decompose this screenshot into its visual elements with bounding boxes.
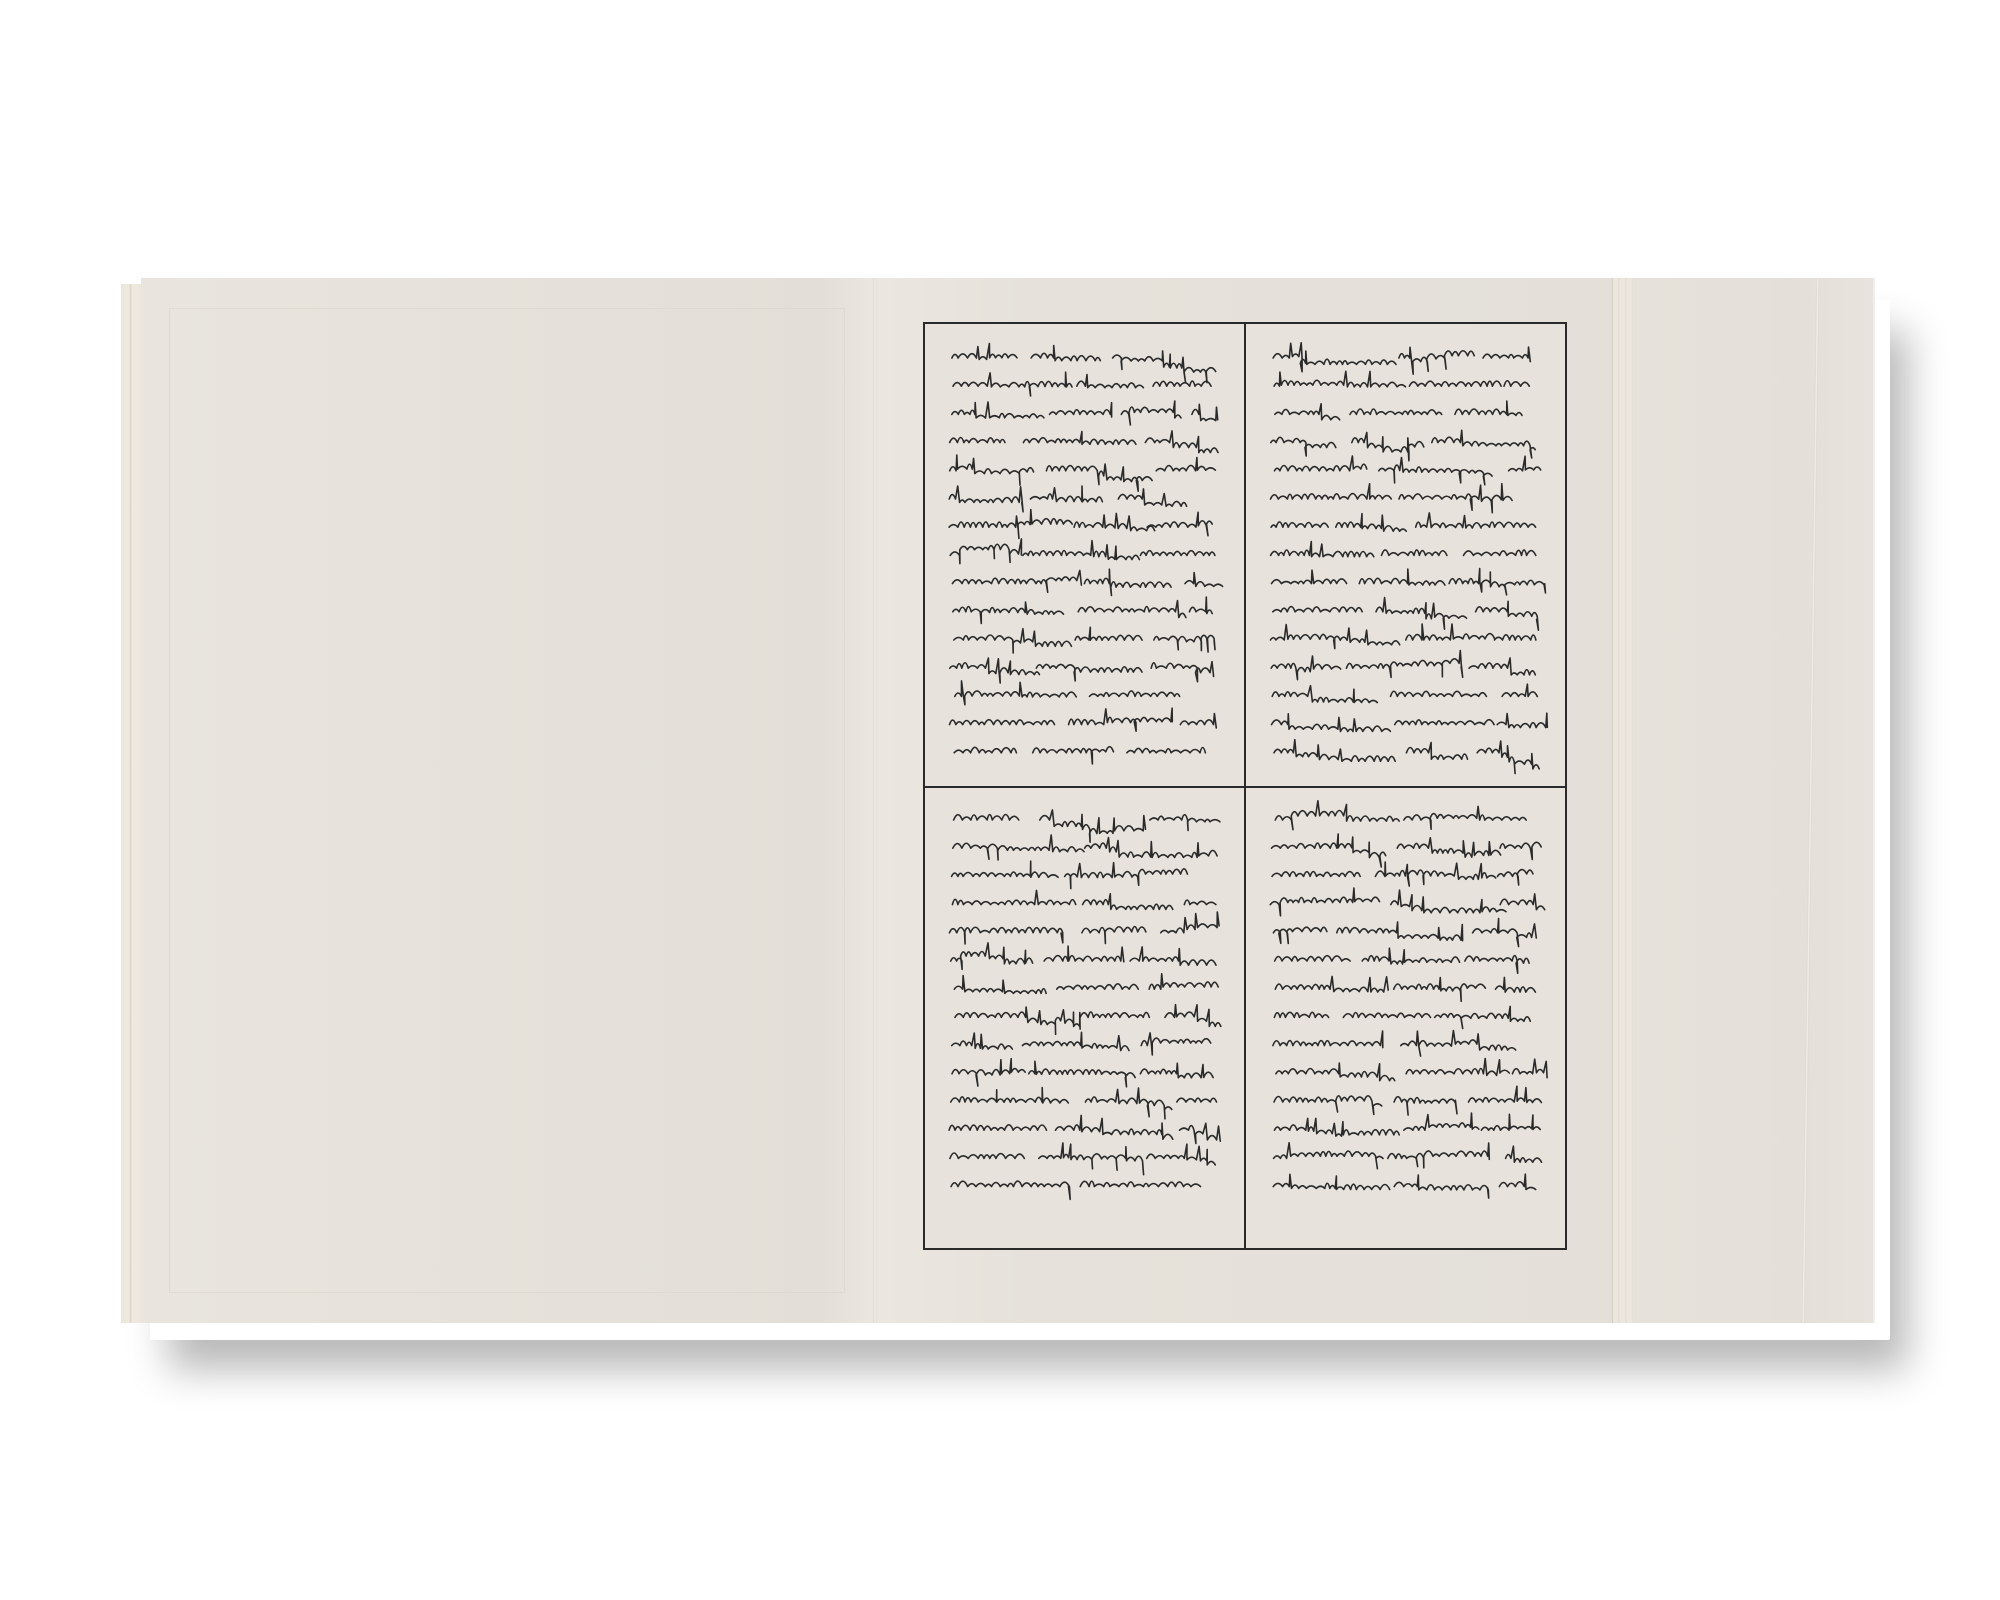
scribble-word xyxy=(953,372,1072,396)
scribble-word xyxy=(1394,1175,1489,1198)
scribble-word xyxy=(949,509,1072,538)
right-page-stack xyxy=(1612,278,1635,1323)
scribble-word xyxy=(953,835,1084,860)
scribble-word xyxy=(950,438,1005,443)
scribble-word xyxy=(952,1033,1013,1049)
scribble-word xyxy=(1113,351,1216,383)
scribble-word xyxy=(1376,598,1467,630)
scribble-word xyxy=(1382,550,1447,556)
scribble-word xyxy=(1161,912,1219,933)
scribble-word xyxy=(1036,664,1142,681)
show-through-margin xyxy=(169,308,845,1293)
scribble-word xyxy=(1083,894,1173,910)
scribble-word xyxy=(952,890,1075,904)
scribble-word xyxy=(1270,888,1379,916)
scribble-word xyxy=(1184,900,1216,905)
scribble-word xyxy=(950,539,1021,564)
scribble-word xyxy=(1506,1146,1542,1162)
scribble-word xyxy=(1346,651,1462,678)
scribble-word xyxy=(1033,747,1114,764)
scribble-word xyxy=(1271,437,1336,456)
scribble-word xyxy=(1185,573,1223,587)
flap-edge xyxy=(1873,278,1875,1323)
scribble-word xyxy=(1165,1005,1221,1027)
scribble-word xyxy=(1147,512,1212,535)
scribble-word xyxy=(1509,456,1541,471)
scribble-word xyxy=(1031,346,1100,361)
scribble-word xyxy=(1044,946,1124,962)
scribble-word xyxy=(1504,381,1529,386)
grid-cell-top-left: [illegible asemic handwriting] xyxy=(935,334,1235,779)
scribble-word xyxy=(1272,834,1386,867)
scribble-word xyxy=(1406,743,1467,760)
scribble-word xyxy=(1082,927,1146,944)
scribble-word xyxy=(1336,514,1407,532)
scribble-word xyxy=(954,815,1019,821)
scribble-word xyxy=(1273,1174,1390,1189)
scribble-word xyxy=(1273,1031,1383,1048)
scribble-word xyxy=(1496,977,1536,992)
scribble-word xyxy=(1029,1061,1136,1087)
scribble-word xyxy=(1394,978,1486,1002)
scribble-word xyxy=(1272,570,1347,583)
scribble-word xyxy=(1394,1097,1457,1115)
scribble-word xyxy=(1056,1115,1173,1139)
scribble-word xyxy=(1272,872,1360,877)
scribble-word xyxy=(1397,838,1500,857)
left-page xyxy=(141,278,873,1323)
scribble-word xyxy=(1495,635,1536,640)
scribble-word xyxy=(1084,569,1171,595)
scribble-word xyxy=(1156,458,1215,471)
scribble-word xyxy=(949,927,1062,944)
scribble-word xyxy=(1350,409,1442,414)
scribble-word xyxy=(1399,484,1512,513)
scribble-word xyxy=(1273,343,1396,372)
scribble-word xyxy=(1050,403,1112,417)
scribble-word xyxy=(1404,806,1526,829)
scribble-word xyxy=(1154,635,1215,652)
scribble-word xyxy=(1192,404,1218,420)
scribble-word xyxy=(1078,601,1186,618)
scribble-word xyxy=(1057,984,1139,989)
scribble-word xyxy=(1273,927,1327,943)
scribble-word xyxy=(1140,551,1215,556)
handwriting-lines xyxy=(935,796,1235,1213)
open-book: [illegible asemic handwriting] [illegibl… xyxy=(121,278,1875,1323)
scribble-word xyxy=(1180,714,1216,729)
scribble-word xyxy=(950,1153,1024,1158)
scribble-word xyxy=(1499,1174,1535,1189)
scribble-word xyxy=(1337,922,1463,941)
scribble-word xyxy=(1065,863,1188,889)
handwriting-grid: [illegible asemic handwriting] [illegibl… xyxy=(923,322,1567,1250)
scribble-word xyxy=(1271,484,1392,499)
scribble-word xyxy=(951,943,1033,969)
scribble-word xyxy=(1274,371,1405,387)
scribble-word xyxy=(1127,748,1206,753)
scribble-word xyxy=(1343,1013,1430,1018)
scribble-word xyxy=(1069,708,1173,731)
scribble-word xyxy=(1464,550,1536,555)
scribble-word xyxy=(1449,569,1545,595)
grid-cell-bottom-right: [illegible asemic handwriting] xyxy=(1256,796,1556,1236)
scribble-word xyxy=(952,344,1017,360)
scribble-word xyxy=(952,1059,1025,1086)
scribble-word xyxy=(1465,956,1529,974)
scribble-word xyxy=(1151,662,1213,682)
scribble-word xyxy=(1023,541,1140,560)
scribble-word xyxy=(1121,401,1181,425)
scribble-word xyxy=(1275,456,1367,471)
scribble-word xyxy=(1271,522,1328,527)
scribble-word xyxy=(1271,656,1341,680)
scribble-word xyxy=(1359,569,1445,585)
scribble-word xyxy=(1391,890,1506,913)
grid-cell-bottom-left: [illegible asemic handwriting] xyxy=(935,796,1235,1236)
scribble-word xyxy=(949,1125,1046,1130)
scribble-word xyxy=(1395,720,1494,725)
scribble-word xyxy=(1189,597,1212,614)
scribble-word xyxy=(1274,1096,1382,1115)
scribble-word xyxy=(1074,513,1155,530)
scribble-word xyxy=(1500,894,1545,910)
flap-fold-line xyxy=(1802,278,1820,1323)
scribble-word xyxy=(953,602,1064,623)
scribble-word xyxy=(1404,1113,1479,1130)
scribble-word xyxy=(1153,381,1211,386)
scribble-word xyxy=(1080,1012,1149,1017)
scribble-word xyxy=(952,861,1059,877)
scribble-word xyxy=(1273,607,1362,612)
scribble-word xyxy=(1271,625,1400,649)
scribble-word xyxy=(1150,815,1220,831)
scribble-word xyxy=(1477,741,1539,774)
scribble-word xyxy=(1481,522,1536,527)
scribble-word xyxy=(950,455,1034,485)
scribble-word xyxy=(1406,1059,1509,1076)
scribble-word xyxy=(1040,810,1146,842)
scribble-word xyxy=(1177,1098,1217,1102)
scribble-word xyxy=(1375,862,1495,886)
scribble-word xyxy=(954,747,1016,752)
scribble-word xyxy=(1276,1063,1395,1081)
grid-horizontal-divider xyxy=(925,786,1565,788)
scribble-word xyxy=(1391,691,1487,696)
scribble-word xyxy=(1401,1031,1516,1057)
scribble-word xyxy=(1275,801,1399,830)
scribble-word xyxy=(1352,433,1424,461)
scribble-word xyxy=(1435,1006,1531,1028)
scribble-word xyxy=(1075,627,1142,640)
scribble-word xyxy=(1145,431,1218,453)
scribble-word xyxy=(1498,870,1534,885)
scribble-word xyxy=(1140,1063,1213,1078)
scribble-word xyxy=(1275,956,1350,961)
scribble-word xyxy=(1483,347,1530,362)
right-page: [illegible asemic handwriting] [illegibl… xyxy=(877,278,1612,1323)
scribble-word xyxy=(1030,486,1102,502)
scribble-word xyxy=(1476,601,1539,630)
scribble-word xyxy=(952,570,1081,592)
scribble-word xyxy=(1272,714,1391,732)
scribble-word xyxy=(1481,1114,1540,1130)
handwriting-lines xyxy=(1256,334,1556,779)
scribble-word xyxy=(1130,947,1216,965)
scribble-word xyxy=(950,720,1055,725)
scribble-word xyxy=(1406,624,1495,640)
scribble-word xyxy=(1416,513,1481,528)
scribble-word xyxy=(1077,375,1144,388)
scribble-word xyxy=(1090,691,1180,696)
handwriting-lines xyxy=(935,334,1235,779)
scribble-word xyxy=(949,486,1023,512)
scribble-word xyxy=(951,1088,1069,1103)
scribble-word xyxy=(1149,974,1218,989)
scribble-word xyxy=(1039,1143,1144,1175)
scribble-word xyxy=(1473,919,1537,947)
scribble-word xyxy=(1500,842,1541,859)
scribble-word xyxy=(1275,976,1388,992)
scribble-word xyxy=(1085,838,1218,858)
scribble-word xyxy=(1497,713,1547,727)
scribble-word xyxy=(1118,489,1186,506)
scribble-word xyxy=(1362,948,1459,964)
scribble-word xyxy=(955,681,1076,705)
scribble-word xyxy=(1379,458,1492,485)
scribble-word xyxy=(1274,740,1395,762)
scribble-word xyxy=(1023,432,1136,445)
scribble-word xyxy=(1455,401,1522,415)
fold-out-flap xyxy=(1634,278,1875,1323)
scribble-word xyxy=(954,629,1072,653)
scribble-word xyxy=(1272,686,1377,703)
scribble-word xyxy=(955,1007,1080,1034)
scribble-word xyxy=(1180,1123,1221,1143)
scribble-word xyxy=(1271,542,1374,557)
scribble-word xyxy=(1147,1144,1216,1165)
handwriting-lines xyxy=(1256,796,1556,1213)
scribble-word xyxy=(954,976,1046,994)
scribble-word xyxy=(1022,1032,1129,1050)
scribble-word xyxy=(1080,1181,1200,1186)
scribble-word xyxy=(1469,658,1535,675)
scribble-word xyxy=(951,1181,1070,1199)
scribble-word xyxy=(952,402,1044,418)
scribble-word xyxy=(1085,1088,1171,1119)
scribble-word xyxy=(1512,1059,1547,1078)
scribble-word xyxy=(950,658,1040,683)
scribble-word xyxy=(1275,1118,1400,1136)
scribble-word xyxy=(1046,464,1152,491)
scribble-word xyxy=(1409,381,1501,386)
scribble-word xyxy=(1141,1033,1211,1055)
scribble-word xyxy=(1469,1086,1542,1102)
scribble-word xyxy=(1274,1143,1383,1169)
scribble-word xyxy=(1274,1012,1328,1017)
left-page-stack xyxy=(121,284,142,1323)
scribble-word xyxy=(1275,404,1340,420)
scribble-word xyxy=(1399,347,1474,374)
scribble-word xyxy=(1502,684,1537,696)
scribble-word xyxy=(1432,430,1535,458)
grid-cell-top-right: [illegible asemic handwriting] xyxy=(1256,334,1556,779)
scribble-word xyxy=(1388,1143,1490,1168)
